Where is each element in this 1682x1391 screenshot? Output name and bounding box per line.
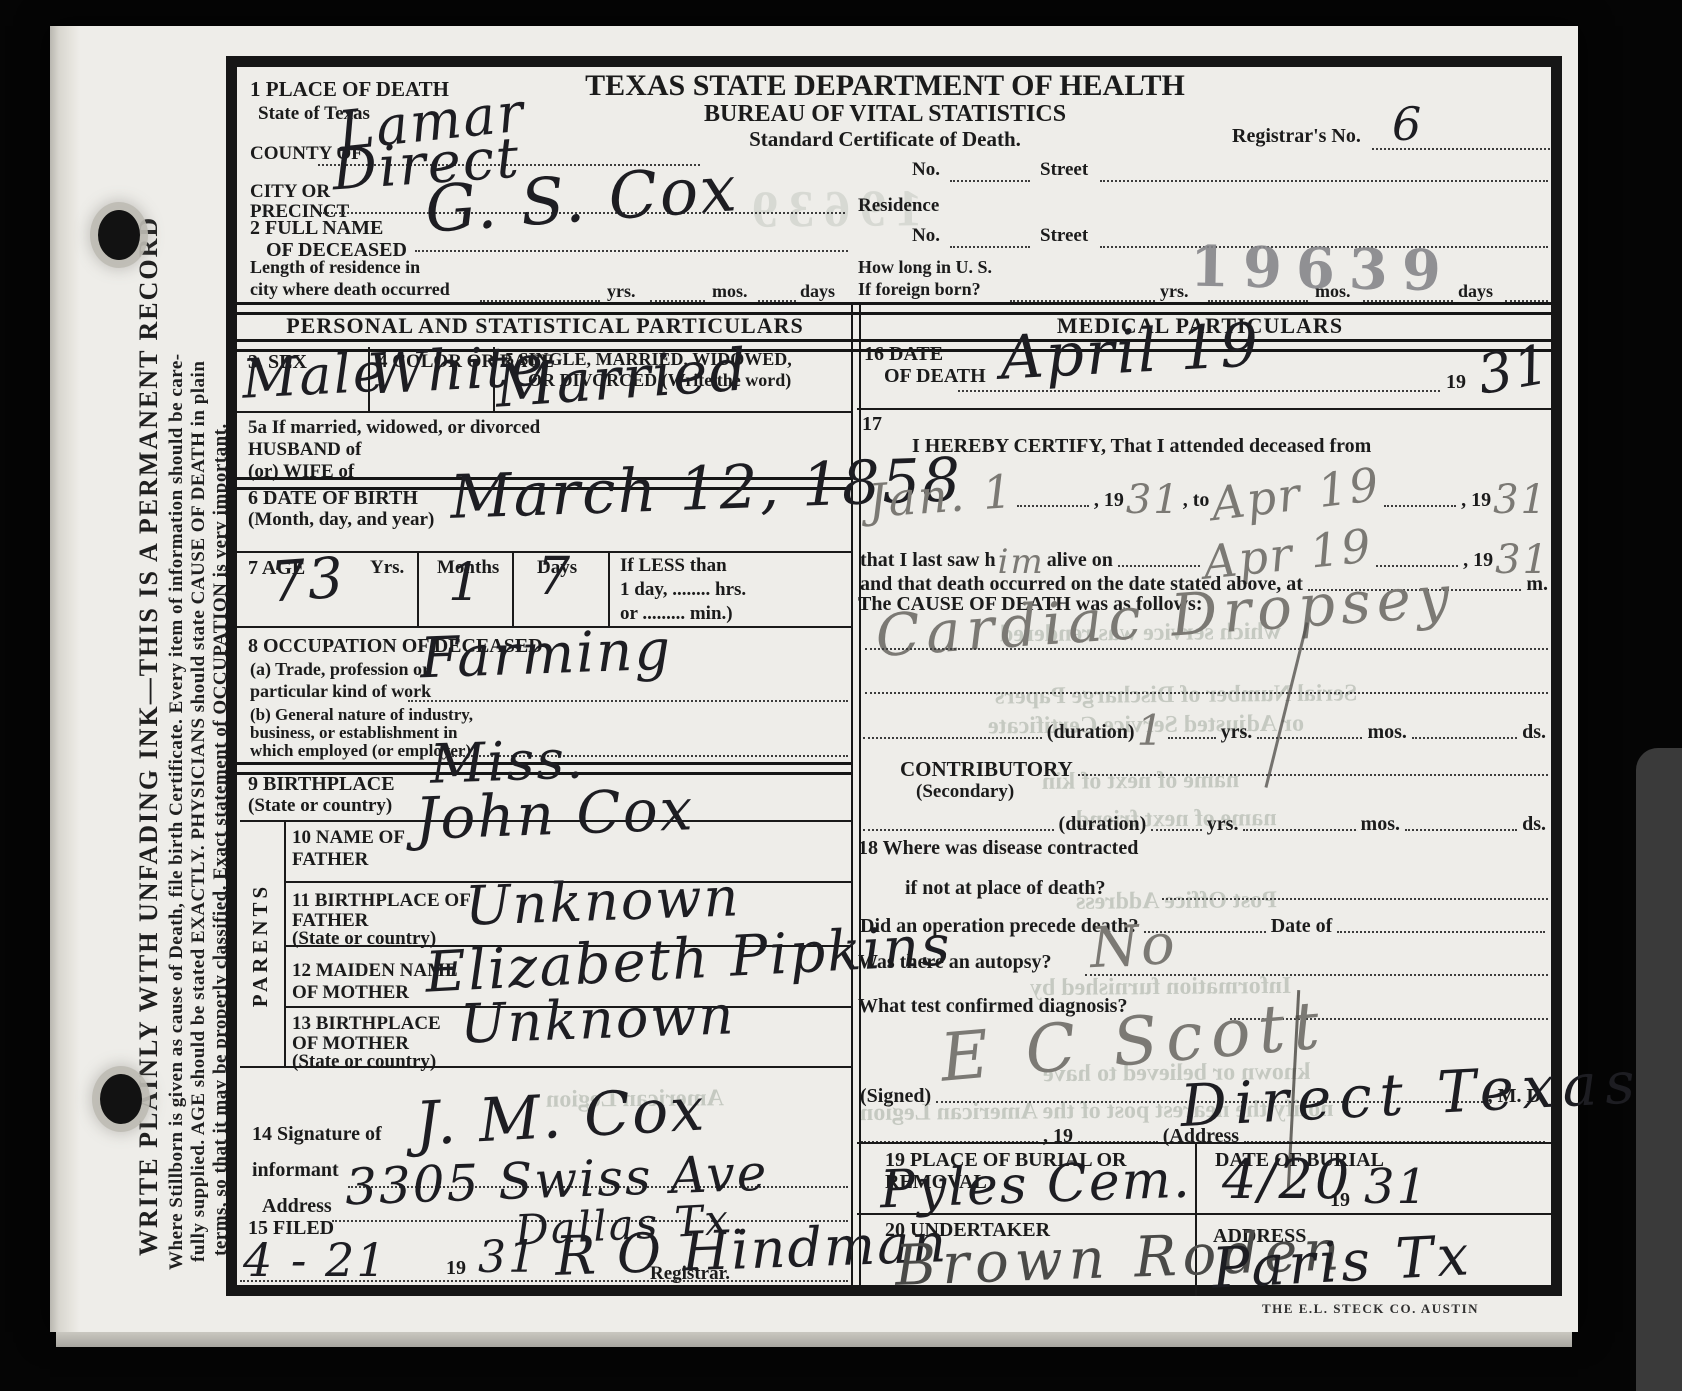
sex-handwritten: Male	[241, 348, 388, 404]
comma-19-label: , 19	[1459, 489, 1493, 512]
certificate-number-stamp: 19639	[1189, 234, 1455, 305]
parents-divider	[284, 820, 286, 1068]
attended-from-year-handwritten: 31	[1126, 483, 1181, 517]
certify-text: I HEREBY CERTIFY, That I attended deceas…	[912, 436, 1371, 457]
fullname-line	[415, 250, 848, 252]
filed-date-handwritten: 4 - 21	[243, 1240, 388, 1281]
autopsy-label: Was there an autopsy?	[858, 952, 1052, 973]
leader	[1168, 737, 1215, 739]
attended-to-year-handwritten: 31	[1493, 483, 1548, 517]
how-long-us-label-1: How long in U. S.	[858, 258, 992, 277]
m-label: m.	[1524, 573, 1550, 596]
parents-vertical-label: PARENTS	[249, 878, 271, 1012]
age-yrs-label: Yrs.	[370, 558, 404, 578]
operation-row: Did an operation precede death? Date of	[858, 908, 1548, 938]
age-days-handwritten: 7	[537, 554, 572, 601]
personal-section-title: PERSONAL AND STATISTICAL PARTICULARS	[245, 314, 845, 337]
cell-divider	[608, 551, 610, 626]
punch-hole-top	[98, 210, 140, 260]
row-rule	[857, 1213, 1551, 1215]
mother-name-label-2: OF MOTHER	[292, 983, 409, 1003]
age-less-label-1: If LESS than	[620, 556, 727, 576]
duration-ds-label-2: ds.	[1520, 813, 1548, 836]
leader	[1337, 931, 1545, 933]
days-label-left: days	[800, 282, 835, 301]
margin-instruction-line2: Where Stillborn is given as cause of Dea…	[166, 353, 188, 1270]
duration-mos-label-1: mos.	[1365, 721, 1408, 744]
married-note-2: HUSBAND of	[248, 440, 361, 460]
leader	[1151, 829, 1201, 831]
row-rule	[237, 411, 851, 413]
comma-19-label: , 19	[1092, 489, 1126, 512]
leader	[1017, 505, 1089, 507]
row-rule	[857, 1142, 1551, 1144]
filed-year-handwritten: 31	[478, 1238, 538, 1278]
filed-line	[240, 1280, 848, 1282]
fullname-label-1: 2 FULL NAME	[250, 218, 383, 239]
page-stack-edge	[50, 26, 80, 1332]
cell-divider	[417, 551, 419, 626]
dob-label-1: 6 DATE OF BIRTH	[248, 488, 418, 509]
dod-year-prefix: 19	[1446, 372, 1466, 393]
certificate-title: Standard Certificate of Death.	[560, 128, 1210, 150]
city-label-1: CITY OR	[250, 182, 330, 202]
bureau-title: BUREAU OF VITAL STATISTICS	[560, 102, 1210, 127]
informant-handwritten: J. M. Cox	[414, 1082, 707, 1151]
occupation-handwritten: Farming	[419, 626, 673, 685]
to-label: , to	[1181, 489, 1212, 512]
leader	[1118, 565, 1200, 567]
death-certificate-scan: WRITE PLAINLY WITH UNFADING INK—THIS IS …	[0, 0, 1682, 1391]
punch-hole-bottom	[100, 1074, 142, 1124]
mother-bp-label-1: 13 BIRTHPLACE	[292, 1014, 441, 1034]
burial-year-handwritten: 31	[1364, 1166, 1429, 1209]
margin-instruction-line3: fully supplied. AGE should be stated EXA…	[188, 361, 210, 1262]
date-of-label: Date of	[1269, 915, 1335, 938]
no-label-2: No.	[912, 226, 940, 246]
residence-label: Residence	[858, 196, 939, 216]
attended-from-handwritten: Jan. 1	[867, 472, 1015, 521]
how-long-us-label-2: If foreign born?	[858, 280, 981, 299]
disease-contracted-label-1: 18 Where was disease contracted	[858, 838, 1138, 859]
occupation-b-label-2: business, or establishment in	[250, 724, 458, 742]
fullname-handwritten: G. S. Cox	[423, 161, 740, 240]
disease-contracted-label-2: if not at place of death?	[905, 878, 1106, 899]
father-name-label-1: 10 NAME OF	[292, 828, 405, 848]
marital-handwritten: Married	[493, 343, 749, 413]
leader	[1405, 829, 1517, 831]
no-label-1: No.	[912, 160, 940, 180]
leader	[863, 829, 1054, 831]
father-name-label-2: FATHER	[292, 850, 368, 870]
page-bottom-edge	[56, 1332, 1572, 1347]
burial-year-prefix: 19	[1330, 1190, 1350, 1211]
duration-ds-label-1: ds.	[1520, 721, 1548, 744]
cell-divider	[512, 551, 514, 626]
dod-year-handwritten: 31	[1474, 340, 1554, 400]
length-residence-label-1: Length of residence in	[250, 258, 420, 277]
dob-label-2: (Month, day, and year)	[248, 510, 434, 530]
department-title: TEXAS STATE DEPARTMENT OF HEALTH	[560, 70, 1210, 102]
occupation-a-label-2: particular kind of work	[250, 682, 431, 701]
father-bp-label-1: 11 BIRTHPLACE OF	[292, 891, 471, 911]
occupation-a-label-1: (a) Trade, profession or	[250, 660, 430, 679]
leader	[1257, 737, 1362, 739]
cause-line-2	[865, 692, 1548, 694]
mos-label-left: mos.	[712, 282, 748, 301]
leader	[863, 737, 1042, 739]
married-note-1: 5a If married, widowed, or divorced	[248, 418, 540, 438]
mother-bp-label-3: (State or country)	[292, 1052, 436, 1072]
informant-label-2: informant	[252, 1160, 339, 1181]
address-year-prefix: , 19	[1041, 1125, 1075, 1148]
street-label-2: Street	[1040, 226, 1088, 246]
burial-place-handwritten: Pyles Cem.	[879, 1157, 1192, 1215]
duration-yrs-label-2: yrs.	[1205, 813, 1241, 836]
duration-value-handwritten: 1	[1137, 713, 1166, 749]
duration-mos-label-2: mos.	[1359, 813, 1402, 836]
street-line-1	[1100, 180, 1548, 182]
leader	[1412, 737, 1517, 739]
birthplace-label-2: (State or country)	[248, 796, 392, 816]
item-17-label: 17	[862, 414, 882, 435]
leader	[1243, 829, 1355, 831]
age-months-handwritten: 1	[448, 560, 483, 607]
filed-year-prefix: 19	[446, 1258, 466, 1279]
age-yrs-handwritten: 73	[268, 553, 347, 609]
no-line-2	[950, 246, 1030, 248]
registrar-no-handwritten: 6	[1392, 104, 1423, 145]
duration-row-2: (duration) yrs. mos. ds.	[860, 800, 1548, 836]
attended-dates-row: Jan. 1 , 19 31 , to Apr 19 , 19 31	[868, 458, 1548, 512]
street-label-1: Street	[1040, 160, 1088, 180]
occupation-b-label-1: (b) General nature of industry,	[250, 706, 473, 724]
no-line-1	[950, 180, 1030, 182]
duration-yrs-label-1: yrs.	[1219, 721, 1255, 744]
address-label: Address	[262, 1196, 332, 1217]
leader	[1384, 505, 1456, 507]
birthplace-label-1: 9 BIRTHPLACE	[248, 774, 395, 795]
registrar-no-label: Registrar's No.	[1232, 126, 1361, 147]
disease-contracted-line	[1162, 898, 1548, 900]
date-of-death-label-2: OF DEATH	[884, 366, 986, 387]
contributory-label-2: (Secondary)	[916, 782, 1014, 802]
duration-row-1: (duration) 1 yrs. mos. ds.	[860, 708, 1548, 744]
informant-label-1: 14 Signature of	[252, 1124, 382, 1145]
yrs-label-left: yrs.	[607, 282, 636, 301]
contributory-line	[1078, 774, 1548, 776]
father-bp-handwritten: Unknown	[464, 873, 741, 931]
mother-bp-handwritten: Unknown	[459, 991, 736, 1049]
occupation-a-line	[408, 700, 848, 702]
duration-label-1: (duration)	[1045, 721, 1137, 744]
row-rule	[240, 1066, 851, 1068]
length-residence-label-2: city where death occurred	[250, 280, 450, 299]
yrs-label-right: yrs.	[1160, 282, 1189, 301]
contributory-label-1: CONTRIBUTORY	[900, 758, 1073, 780]
binder-spine	[1636, 748, 1682, 1391]
cause-line-1	[865, 648, 1548, 650]
signed-label: (Signed)	[858, 1085, 933, 1108]
undertaker-address-handwritten: Paris Tx	[1211, 1231, 1474, 1295]
autopsy-handwritten: No	[1089, 920, 1178, 975]
father-name-handwritten: John Cox	[414, 783, 695, 845]
row-rule	[857, 408, 1551, 410]
days-label-right: days	[1458, 282, 1493, 301]
dod-handwritten: April 19	[999, 318, 1262, 386]
printer-credit: THE E.L. STECK CO. AUSTIN	[1262, 1302, 1479, 1316]
duration-label-2: (duration)	[1057, 813, 1149, 836]
date-of-death-label-1: 16 DATE	[864, 344, 943, 365]
age-less-label-2: 1 day, ........ hrs.	[620, 580, 746, 600]
